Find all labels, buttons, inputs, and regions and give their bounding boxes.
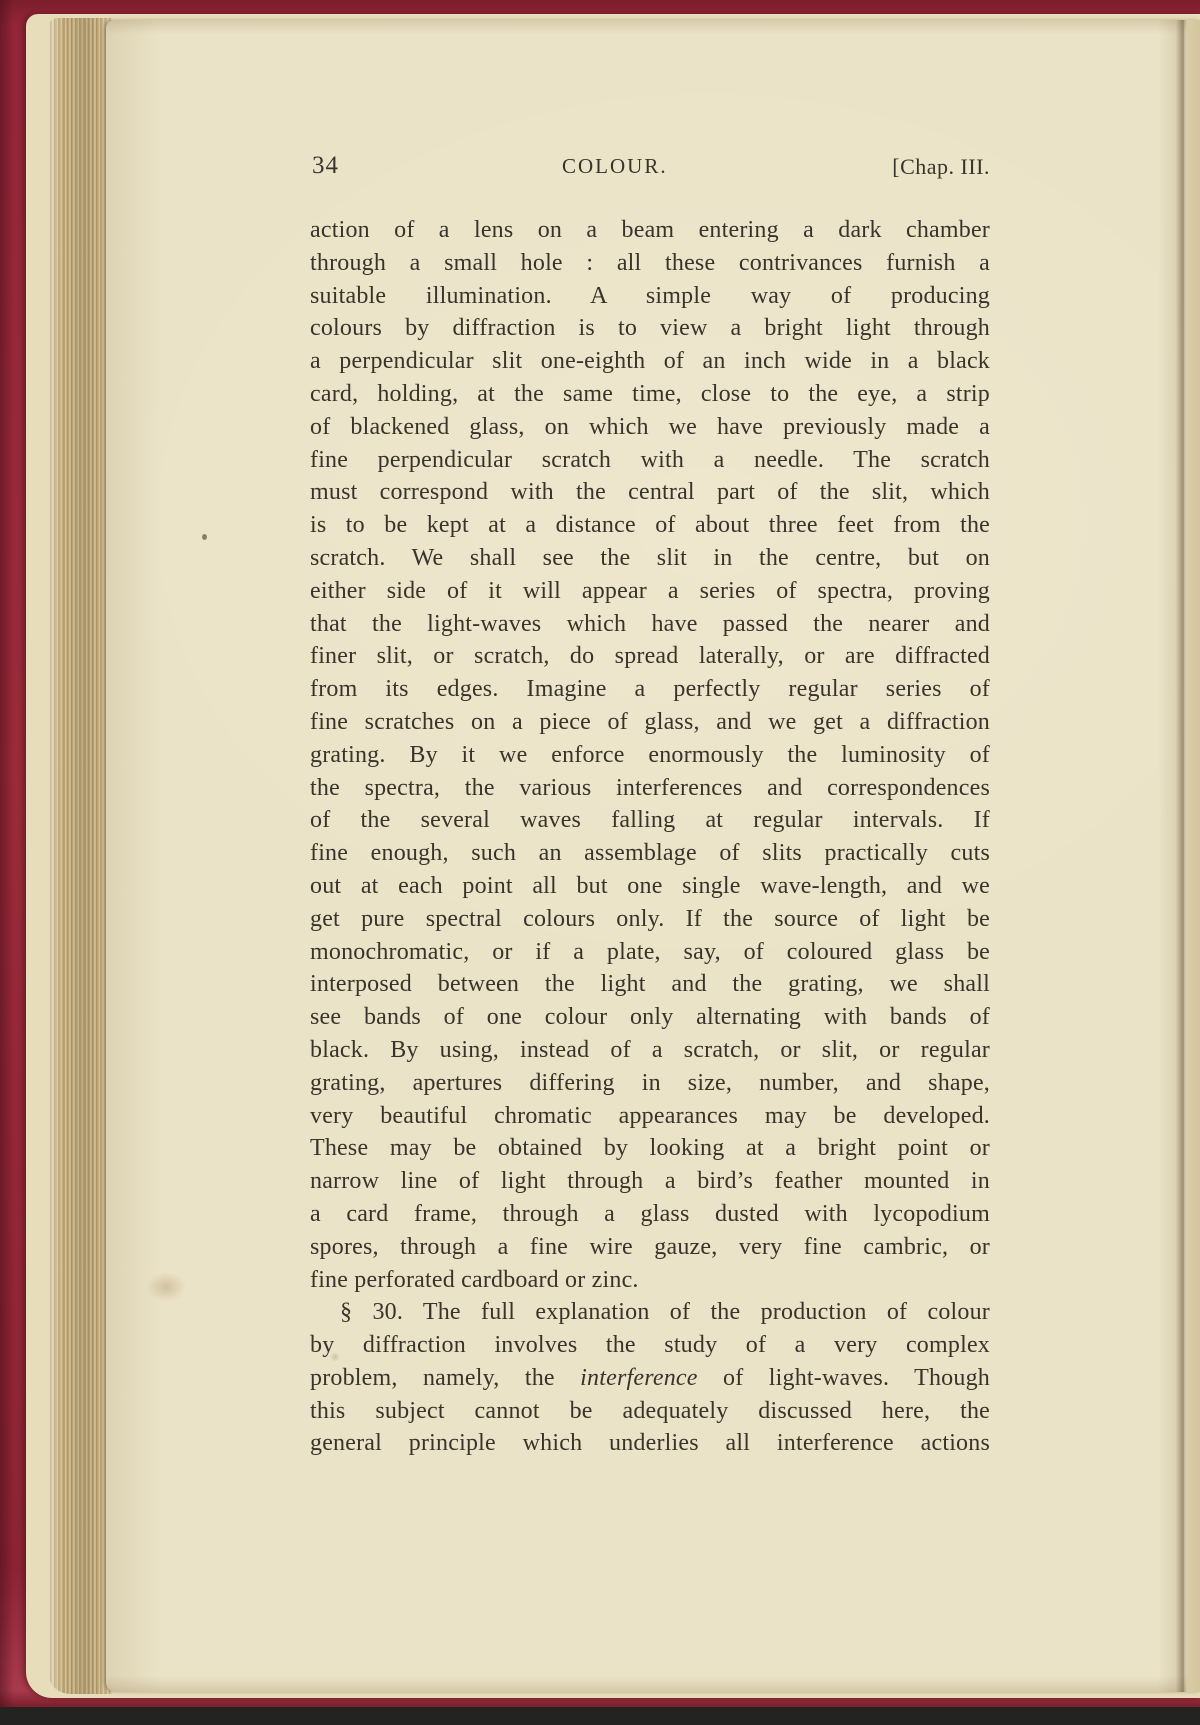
text-line: through a small hole : all these contriv… <box>310 247 990 280</box>
book-scan-scene: 34 COLOUR. [Chap. III. action of a lens … <box>0 0 1200 1725</box>
text-line: narrow line of light through a bird’s fe… <box>310 1165 990 1198</box>
text-line: spores, through a fine wire gauze, very … <box>310 1231 990 1264</box>
text-line: fine perpendicular scratch with a needle… <box>310 444 990 477</box>
text-line: is to be kept at a distance of about thr… <box>310 509 990 542</box>
text-line-section-start: § 30. The full explanation of the produc… <box>310 1296 990 1329</box>
text-line: of blackened glass, on which we have pre… <box>310 411 990 444</box>
text-line: out at each point all but one single wav… <box>310 870 990 903</box>
text-line: fine scratches on a piece of glass, and … <box>310 706 990 739</box>
italic-term: interference <box>580 1365 697 1391</box>
page-text-block: 34 COLOUR. [Chap. III. action of a lens … <box>310 152 990 1460</box>
text-line: scratch. We shall see the slit in the ce… <box>310 542 990 575</box>
text-line-with-italic: problem, namely, the interference of lig… <box>310 1362 990 1395</box>
text-line: a perpendicular slit one-eighth of an in… <box>310 345 990 378</box>
text-line: card, holding, at the same time, close t… <box>310 378 990 411</box>
text-line: the spectra, the various interferences a… <box>310 772 990 805</box>
text-segment: problem, namely, the <box>310 1365 580 1391</box>
text-line: grating. By it we enforce enormously the… <box>310 739 990 772</box>
text-line: interposed between the light and the gra… <box>310 968 990 1001</box>
foxing-spot <box>202 534 207 540</box>
gutter-shadow <box>1158 20 1200 1692</box>
text-line: this subject cannot be adequately discus… <box>310 1395 990 1428</box>
text-segment: of light-waves. Though <box>698 1365 990 1391</box>
text-line: very beautiful chromatic appearances may… <box>310 1100 990 1133</box>
text-line: a card frame, through a glass dusted wit… <box>310 1198 990 1231</box>
text-line: by diffraction involves the study of a v… <box>310 1329 990 1362</box>
text-line: action of a lens on a beam entering a da… <box>310 214 990 247</box>
text-line: either side of it will appear a series o… <box>310 575 990 608</box>
text-line: fine enough, such an assemblage of slits… <box>310 837 990 870</box>
text-line: finer slit, or scratch, do spread latera… <box>310 640 990 673</box>
text-line: black. By using, instead of a scratch, o… <box>310 1034 990 1067</box>
text-line: from its edges. Imagine a perfectly regu… <box>310 673 990 706</box>
text-line: of the several waves falling at regular … <box>310 804 990 837</box>
body-text: action of a lens on a beam entering a da… <box>310 214 990 1460</box>
running-head-title: COLOUR. <box>562 154 668 179</box>
text-line-paragraph-end: fine perforated cardboard or zinc. <box>310 1264 990 1297</box>
text-line: These may be obtained by looking at a br… <box>310 1132 990 1165</box>
text-line: must correspond with the central part of… <box>310 476 990 509</box>
page-number: 34 <box>312 152 339 180</box>
text-line: colours by diffraction is to view a brig… <box>310 312 990 345</box>
running-head-chapter: [Chap. III. <box>892 154 990 180</box>
text-line: see bands of one colour only alternating… <box>310 1001 990 1034</box>
text-line: general principle which underlies all in… <box>310 1427 990 1460</box>
text-line: get pure spectral colours only. If the s… <box>310 903 990 936</box>
running-head: 34 COLOUR. [Chap. III. <box>310 152 990 186</box>
text-line: suitable illumination. A simple way of p… <box>310 280 990 313</box>
foxing-smudge <box>146 1272 186 1302</box>
page-fore-edges <box>48 18 112 1694</box>
text-line: grating, apertures differing in size, nu… <box>310 1067 990 1100</box>
text-line: that the light-waves which have passed t… <box>310 608 990 641</box>
text-line: monochromatic, or if a plate, say, of co… <box>310 936 990 969</box>
